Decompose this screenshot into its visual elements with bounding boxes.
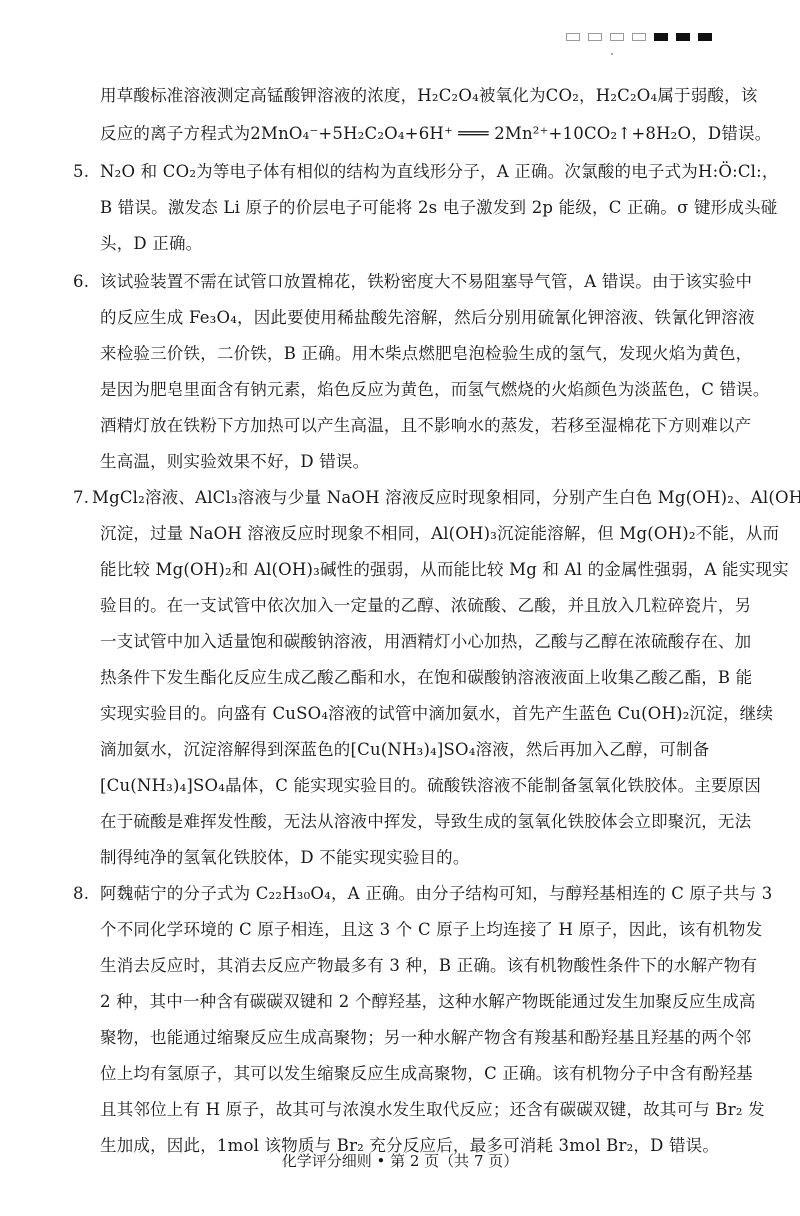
text-line: 来检验三价铁，二价铁，B 正确。用木柴点燃肥皂泡检验生成的氢气，发现火焰为黄色，	[100, 344, 752, 364]
text-line: N₂O 和 CO₂为等电子体有相似的结构为直线形分子，A 正确。次氯酸的电子式为…	[100, 162, 779, 182]
scan-dot	[611, 53, 613, 55]
text-line: 位上均有氢原子，其可以发生缩聚反应生成高聚物，C 正确。该有机物分子中含有酚羟基	[100, 1064, 753, 1084]
text-line: 该试验装置不需在试管口放置棉花，铁粉密度大不易阻塞导气管，A 错误。由于该实验中	[100, 272, 752, 292]
text-line: B 错误。激发态 Li 原子的价层电子可能将 2s 电子激发到 2p 能级，C …	[100, 198, 777, 218]
page-marker-boxes	[566, 33, 712, 41]
text-line: 生高温，则实验效果不好，D 错误。	[100, 452, 369, 472]
text-line: 热条件下发生酯化反应生成乙酸乙酯和水，在饱和碳酸钠溶液液面上收集乙酸乙酯，B 能	[100, 668, 752, 688]
text-line: 能比较 Mg(OH)₂和 Al(OH)₃碱性的强弱，从而能比较 Mg 和 Al …	[100, 560, 789, 580]
text-line: 在于硫酸是难挥发性酸，无法从溶液中挥发，导致生成的氢氧化铁胶体会立即聚沉，无法	[100, 812, 751, 832]
item-number: 5.	[73, 162, 89, 182]
text-line: 聚物，也能通过缩聚反应生成高聚物；另一种水解产物含有羧基和酚羟基且羟基的两个邻	[100, 1028, 751, 1048]
text-line: 滴加氨水，沉淀溶解得到深蓝色的[Cu(NH₃)₄]SO₄溶液，然后再加入乙醇，可…	[100, 740, 709, 760]
marker-box-empty	[588, 33, 602, 41]
marker-box-filled	[654, 33, 668, 41]
marker-box-empty	[566, 33, 580, 41]
text-line: MgCl₂溶液、AlCl₃溶液与少量 NaOH 溶液反应时现象相同，分别产生白色…	[92, 488, 800, 508]
text-line: 个不同化学环境的 C 原子相连，且这 3 个 C 原子上均连接了 H 原子，因此…	[100, 920, 762, 940]
text-line: 是因为肥皂里面含有钠元素，焰色反应为黄色，而氢气燃烧的火焰颜色为淡蓝色，C 错误…	[100, 380, 770, 400]
marker-box-filled	[676, 33, 690, 41]
marker-box-empty	[610, 33, 624, 41]
text-line: 一支试管中加入适量饱和碳酸钠溶液，用酒精灯小心加热，乙酸与乙醇在浓硫酸存在、加	[100, 632, 751, 652]
item-number: 6.	[73, 272, 89, 292]
item-number: 7.	[73, 488, 89, 508]
text-line: 头，D 正确。	[100, 234, 202, 254]
text-line: 酒精灯放在铁粉下方加热可以产生高温，且不影响水的蒸发，若移至湿棉花下方则难以产	[100, 416, 751, 436]
text-line: [Cu(NH₃)₄]SO₄晶体，C 能实现实验目的。硫酸铁溶液不能制备氢氧化铁胶…	[100, 776, 761, 796]
text-line: 实现实验目的。向盛有 CuSO₄溶液的试管中滴加氨水，首先产生蓝色 Cu(OH)…	[100, 704, 773, 724]
page-footer: 化学评分细则 • 第 2 页（共 7 页）	[0, 1150, 800, 1171]
marker-box-filled	[698, 33, 712, 41]
text-line: 且其邻位上有 H 原子，故其可与浓溴水发生取代反应；还含有碳碳双键，故其可与 B…	[100, 1100, 765, 1120]
text-line: 阿魏萜宁的分子式为 C₂₂H₃₀O₄，A 正确。由分子结构可知，与醇羟基相连的 …	[100, 884, 772, 904]
marker-box-empty	[632, 33, 646, 41]
text-line: 制得纯净的氢氧化铁胶体，D 不能实现实验目的。	[100, 848, 470, 868]
item-number: 8.	[73, 884, 89, 904]
text-line: 反应的离子方程式为2MnO₄⁻+5H₂C₂O₄+6H⁺ ═══ 2Mn²⁺+10…	[100, 124, 771, 144]
text-line: 2 种，其中一种含有碳碳双键和 2 个醇羟基，这种水解产物既能通过发生加聚反应生…	[100, 992, 756, 1012]
text-line: 沉淀，过量 NaOH 溶液反应时现象不相同，Al(OH)₃沉淀能溶解，但 Mg(…	[100, 524, 779, 544]
text-line: 用草酸标准溶液测定高锰酸钾溶液的浓度，H₂C₂O₄被氧化为CO₂，H₂C₂O₄属…	[100, 86, 758, 106]
text-line: 生消去反应时，其消去反应产物最多有 3 种，B 正确。该有机物酸性条件下的水解产…	[100, 956, 757, 976]
text-line: 的反应生成 Fe₃O₄，因此要使用稀盐酸先溶解，然后分别用硫氰化钾溶液、铁氰化钾…	[100, 308, 755, 328]
text-line: 验目的。在一支试管中依次加入一定量的乙醇、浓硫酸、乙酸，并且放入几粒碎瓷片，另	[100, 596, 751, 616]
